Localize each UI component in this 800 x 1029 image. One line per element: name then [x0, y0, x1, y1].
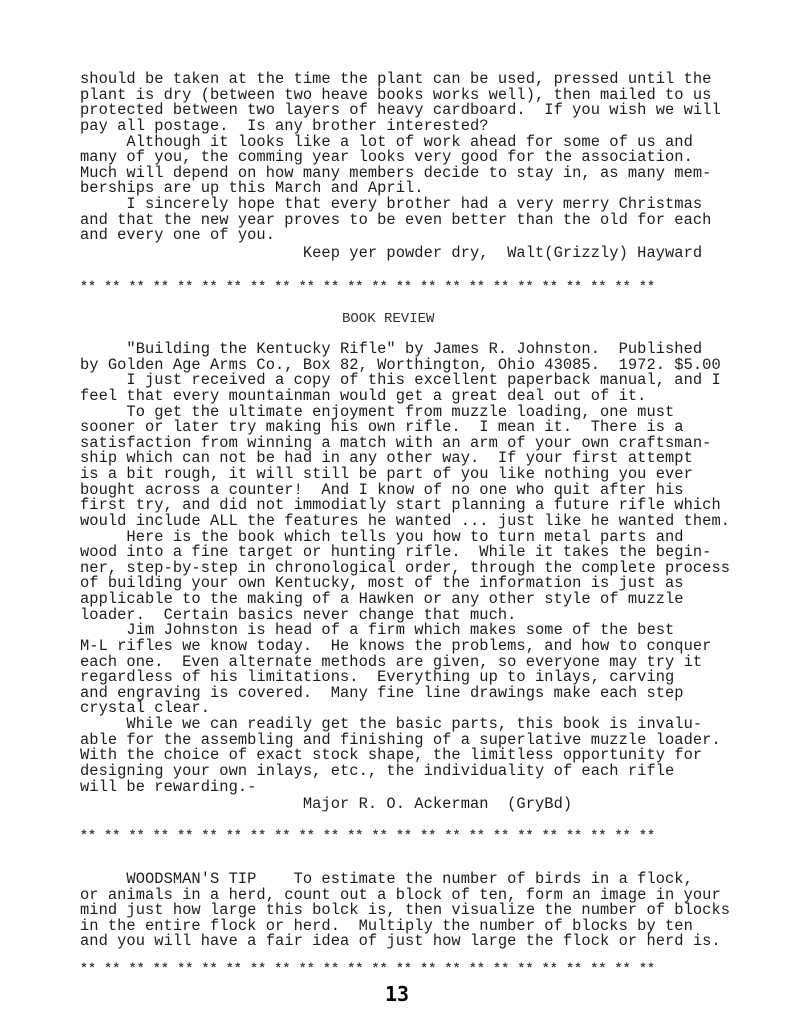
review-line: wood into a fine target or hunting rifle…: [80, 544, 711, 560]
intro-line: protected between two layers of heavy ca…: [80, 102, 721, 118]
intro-line: should be taken at the time the plant ca…: [80, 71, 711, 87]
review-line: sooner or later try making his own rifle…: [80, 419, 684, 435]
tip-line: WOODSMAN'S TIP To estimate the number of…: [80, 871, 693, 887]
review-line: applicable to the making of a Hawken or …: [80, 591, 684, 607]
intro-line: and every one of you.: [80, 227, 275, 243]
review-line: With the choice of exact stock shape, th…: [80, 747, 702, 763]
review-line: first try, and did not immodiatly start …: [80, 497, 721, 513]
review-line: crystal clear.: [80, 700, 210, 716]
newsletter-page: should be taken at the time the plant ca…: [0, 0, 800, 1029]
review-line: of building your own Kentucky, most of t…: [80, 575, 684, 591]
tip-line: and you will have a fair idea of just ho…: [80, 933, 721, 949]
signature-ackerman: Major R. O. Ackerman (GryBd): [80, 796, 572, 812]
intro-line: pay all postage. Is any brother interest…: [80, 118, 489, 134]
review-line: designing your own inlays, etc., the ind…: [80, 763, 674, 779]
book-review-heading: BOOK REVIEW: [342, 311, 434, 327]
signature-hayward: Keep yer powder dry, Walt(Grizzly) Haywa…: [80, 245, 702, 261]
star-separator: ** ** ** ** ** ** ** ** ** ** ** ** ** *…: [80, 962, 655, 976]
review-line: M-L rifles we know today. He knows the p…: [80, 638, 711, 654]
intro-line: berships are up this March and April.: [80, 180, 424, 196]
review-line: regardless of his limitations. Everythin…: [80, 669, 674, 685]
star-separator: ** ** ** ** ** ** ** ** ** ** ** ** ** *…: [80, 280, 655, 294]
review-line: ship which can not be had in any other w…: [80, 450, 693, 466]
intro-line: I sincerely hope that every brother had …: [80, 196, 702, 212]
review-line: Jim Johnston is head of a firm which mak…: [80, 622, 674, 638]
intro-line: many of you, the comming year looks very…: [80, 149, 693, 165]
review-line: "Building the Kentucky Rifle" by James R…: [80, 341, 702, 357]
page-number: 13: [385, 982, 409, 1006]
star-separator: ** ** ** ** ** ** ** ** ** ** ** ** ** *…: [80, 829, 655, 843]
review-line: While we can readily get the basic parts…: [80, 716, 702, 732]
review-line: I just received a copy of this excellent…: [80, 372, 721, 388]
tip-line: mind just how large this bolck is, then …: [80, 902, 730, 918]
review-line: would include ALL the features he wanted…: [80, 513, 730, 529]
review-line: is a bit rough, it will still be part of…: [80, 466, 693, 482]
review-line: will be rewarding.-: [80, 779, 256, 795]
review-line: feel that every mountainman would get a …: [80, 388, 646, 404]
